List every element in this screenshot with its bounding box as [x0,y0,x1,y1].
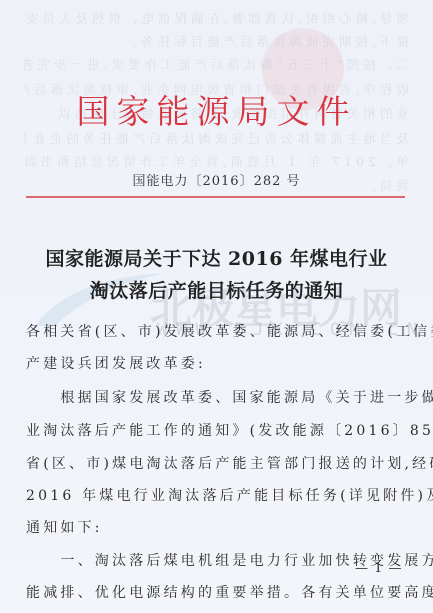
notice-title-line-2: 淘汰落后产能目标任务的通知 [0,276,433,303]
document-header-title: 国家能源局文件 [0,86,433,133]
body-line: 根据国家发展改革委、国家能源局《关于进一步做好煤电行 [26,390,406,406]
bleed-through-line: 单。2017 年 1 月底前,将全年工作情况总结和书面验收意见报送 [24,152,409,170]
notice-title-line-1: 国家能源局关于下达 2016 年煤电行业 [0,244,433,271]
body-line: 产建设兵团发展改革委: [26,356,406,372]
document-number: 国能电力〔2016〕282 号 [0,170,433,189]
body-line: 通知如下: [26,520,406,536]
bleed-through-line: 提下,按期完成淘汰落后产能目标任务。 [24,32,409,50]
bleed-through-line: 二、按照“十三五”淘汰落后产能工作要求,进一步完善验 [24,55,409,73]
body-line: 能减排、优化电源结构的重要举措。各有关单位要高度重视、加强 [26,585,406,601]
red-divider-line [26,196,405,198]
bleed-through-line: 领导,精心组织,认真部署,在确保供电、供热及人员安置的前 [24,9,409,27]
document-page: 领导,精心组织,认真部署,在确保供电、供热及人员安置的前 提下,按期完成淘汰落后… [0,0,433,613]
body-line: 业淘汰落后产能工作的通知》(发改能源〔2016〕855 号)要求和各 [26,423,406,439]
page-number: — 1 — [355,561,403,576]
body-line: 一、淘汰落后煤电机组是电力行业加快转变发展方式、推进节 [26,553,406,569]
body-line: 省(区、市)煤电淘汰落后产能主管部门报送的计划,经研究,现将 [26,456,406,472]
body-line: 2016 年煤电行业淘汰落后产能目标任务(详见附件)及有关要求 [26,488,406,504]
body-line: 各相关省(区、市)发展改革委、能源局、经信委(工信委),新疆生 [26,324,406,340]
